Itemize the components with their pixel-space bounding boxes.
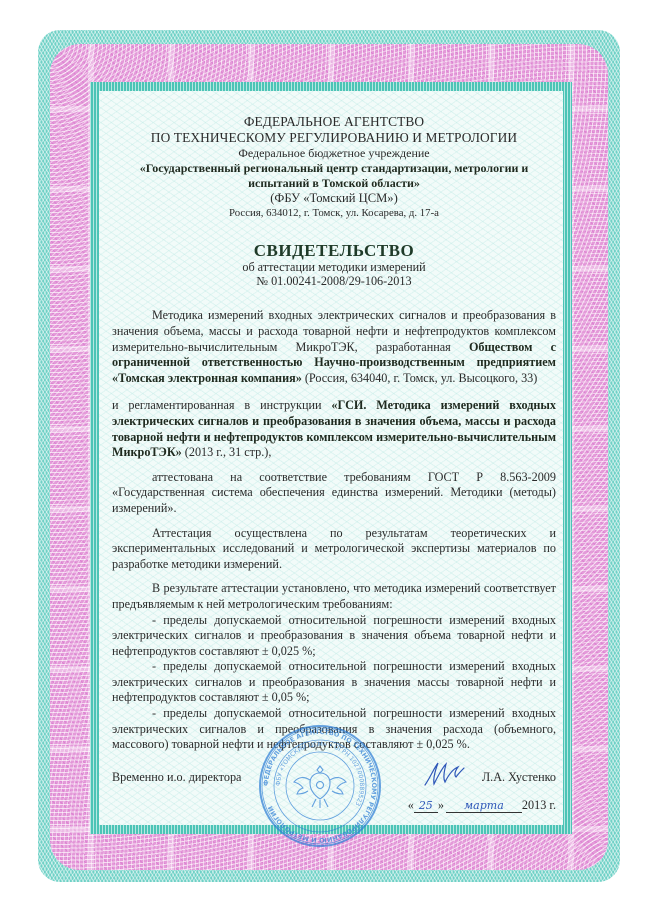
date-row: «25»марта2013 г. [112, 798, 556, 818]
agency-line-2: ПО ТЕХНИЧЕСКОМУ РЕГУЛИРОВАНИЮ И МЕТРОЛОГ… [112, 130, 556, 146]
instruction-prefix: и регламентированная в инструкции [112, 398, 331, 412]
issuer-header: ФЕДЕРАЛЬНОЕ АГЕНТСТВО ПО ТЕХНИЧЕСКОМУ РЕ… [112, 114, 556, 220]
institution-address: Россия, 634012, г. Томск, ул. Косарева, … [112, 206, 556, 220]
certificate-content: ФЕДЕРАЛЬНОЕ АГЕНТСТВО ПО ТЕХНИЧЕСКОМУ РЕ… [112, 114, 556, 753]
paragraph-result: В результате аттестации установлено, что… [112, 581, 556, 612]
developer-address: (Россия, 634040, г. Томск, ул. Высоцкого… [302, 371, 538, 385]
signing-date: «25»марта2013 г. [408, 798, 556, 813]
paragraph-instruction: и регламентированная в инструкции «ГСИ. … [112, 398, 556, 460]
date-day: 25 [414, 799, 438, 813]
institution-type: Федеральное бюджетное учреждение [112, 146, 556, 161]
certificate-subtitle: об аттестации методики измерений [112, 260, 556, 274]
certificate-number: № 01.00241-2008/29-106-2013 [112, 274, 556, 288]
certificate-heading: СВИДЕТЕЛЬСТВО об аттестации методики изм… [112, 242, 556, 288]
institution-short-name: (ФБУ «Томский ЦСМ») [112, 191, 556, 206]
paragraph-attested: аттестована на соответствие требованиям … [112, 470, 556, 517]
date-close-quote: » [438, 798, 444, 812]
signatory-name: Л.А. Хустенко [482, 770, 556, 785]
date-month: марта [446, 799, 522, 813]
handwritten-signature [422, 758, 466, 788]
instruction-suffix: (2013 г., 31 стр.), [182, 445, 272, 459]
date-year: 2013 г. [522, 798, 556, 812]
institution-name: «Государственный региональный центр стан… [112, 161, 556, 191]
requirement-item: - пределы допускаемой относительной погр… [112, 659, 556, 706]
signatory-position: Временно и.о. директора [112, 770, 241, 785]
certificate-title: СВИДЕТЕЛЬСТВО [112, 242, 556, 260]
paragraph-method: Методика измерений входных электрических… [112, 308, 556, 386]
signature-row: Временно и.о. директора Л.А. Хустенко [112, 770, 556, 790]
paragraph-attestation-basis: Аттестация осуществлена по результатам т… [112, 526, 556, 573]
requirement-item: - пределы допускаемой относительной погр… [112, 613, 556, 660]
agency-line-1: ФЕДЕРАЛЬНОЕ АГЕНТСТВО [112, 114, 556, 130]
